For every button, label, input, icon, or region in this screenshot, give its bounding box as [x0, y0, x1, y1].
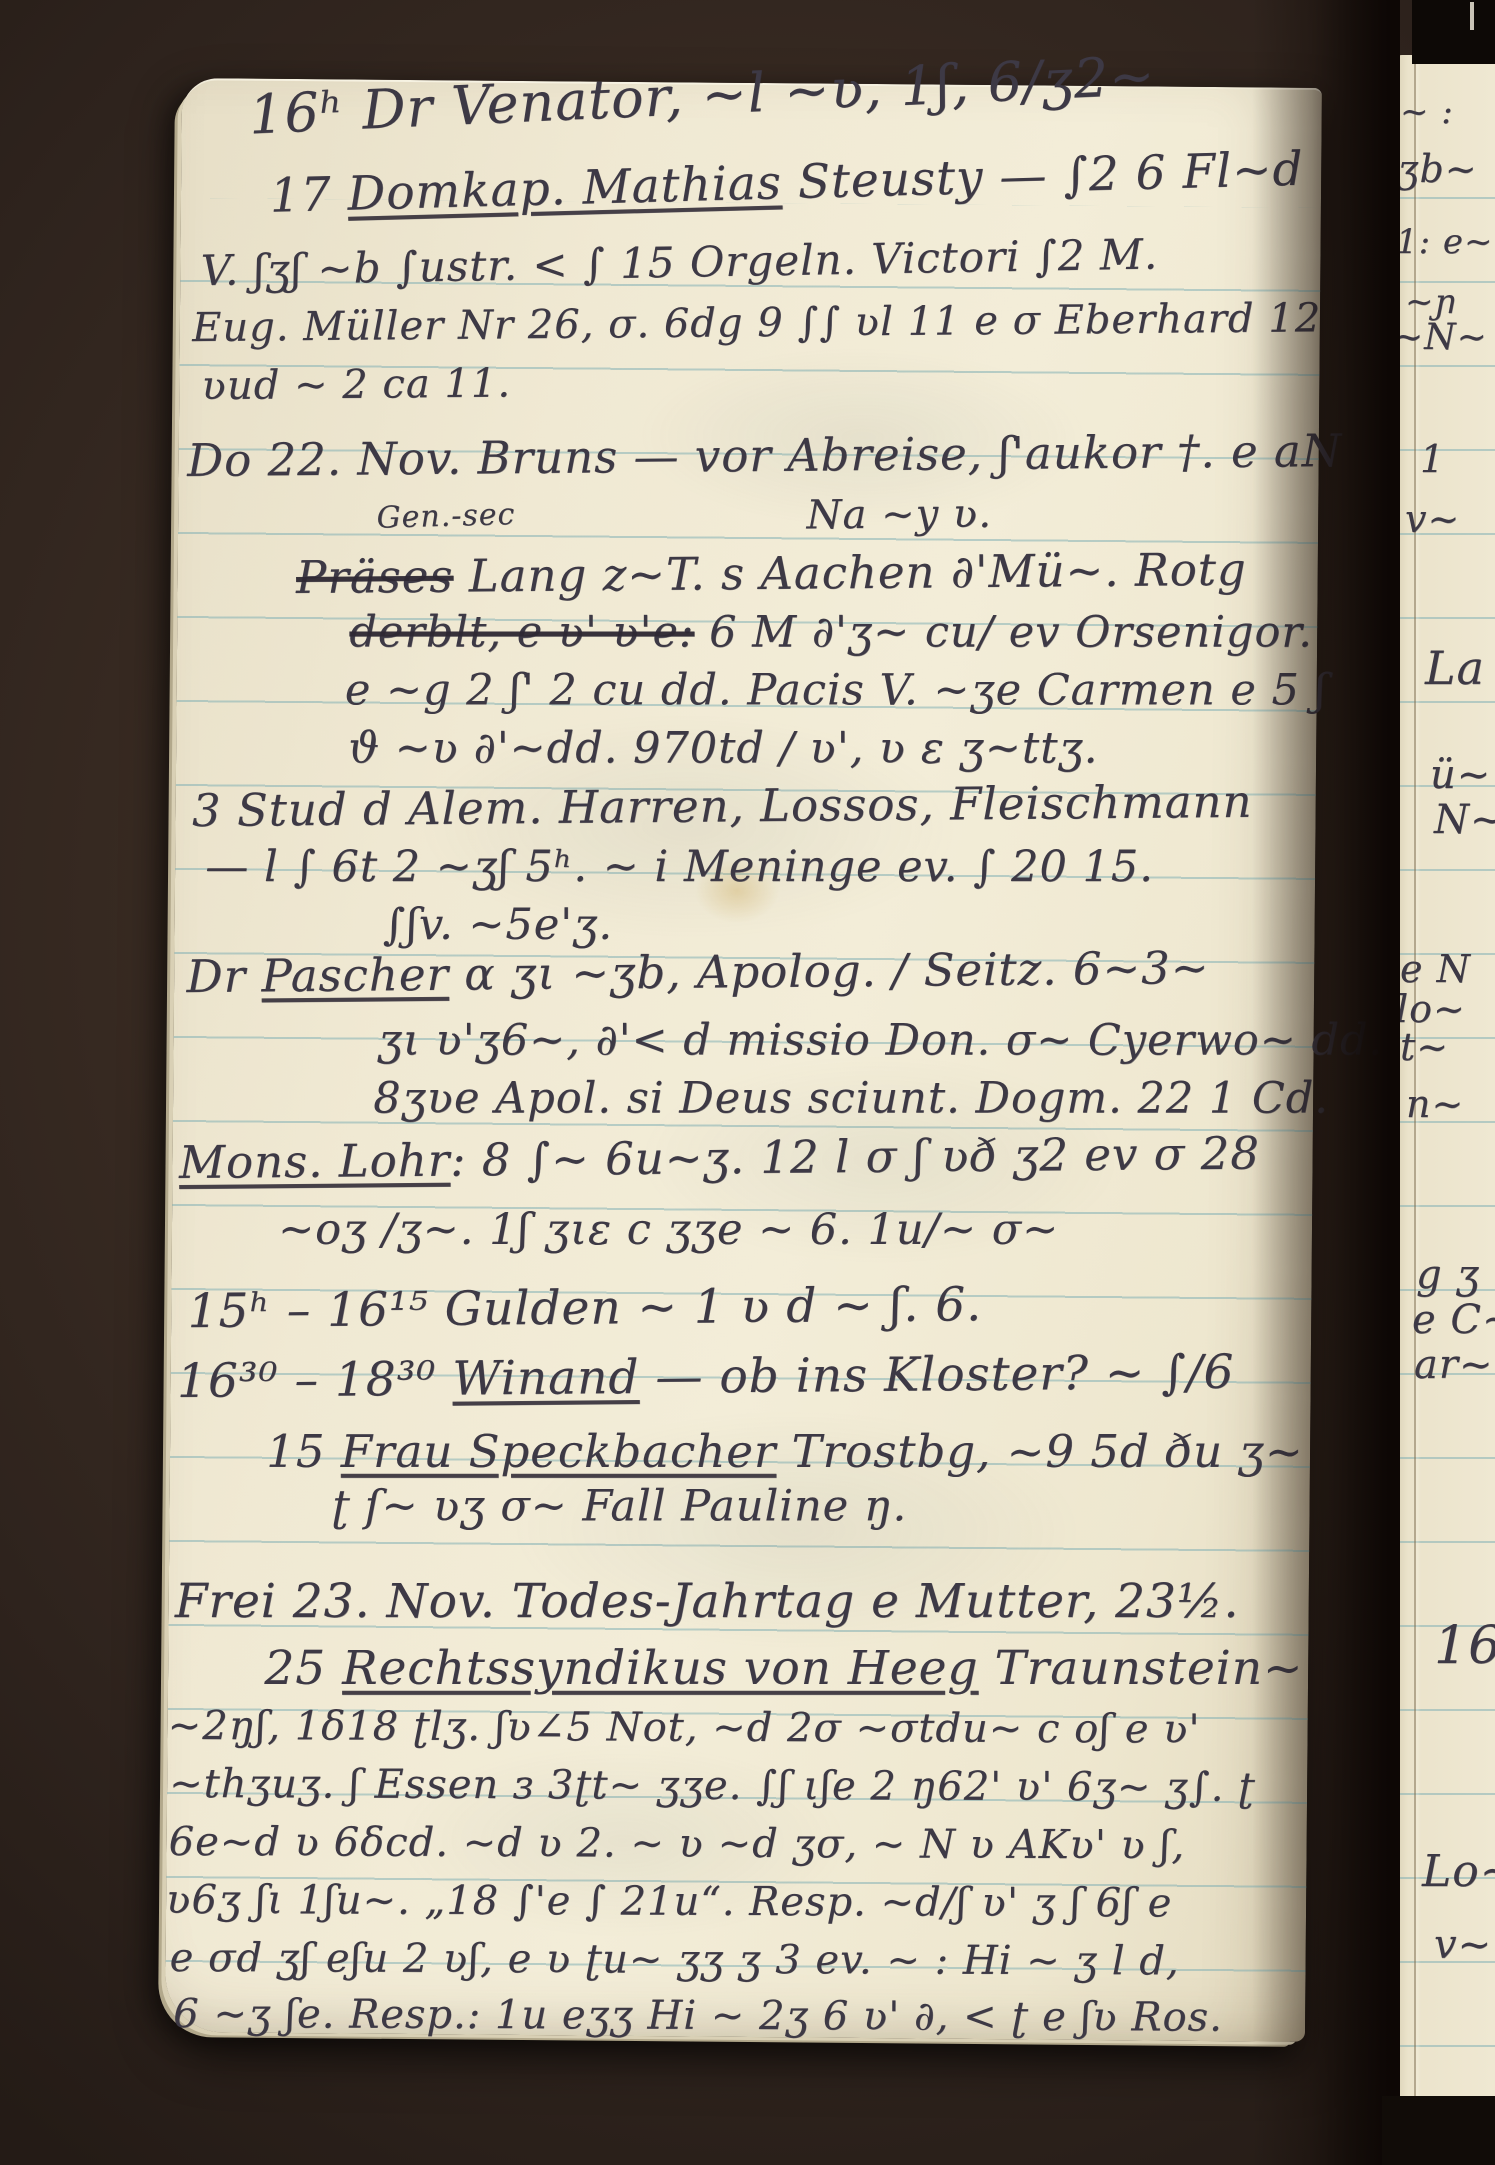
text-run: v~ [1405, 497, 1460, 541]
text-run: 6 M ∂'ʒ~ cu/ ev Orsenigor. [694, 607, 1312, 657]
handwritten-line: derblt, e ʋ' ʋ'e: 6 M ∂'ʒ~ cu/ ev Orseni… [349, 611, 1313, 654]
handwriting-fragment: Lo~ [1422, 1850, 1495, 1894]
handwritten-line: 15 Frau Speckbacher Trostbg, ~9 5d ðu ʒ~ [266, 1429, 1303, 1474]
handwritten-line: ~2ŋʃ, 1δ18 ʈlʒ. ʃʋ∠5 Not, ~d 2σ ~σtdu~ c… [168, 1706, 1201, 1750]
text-run: N~ [1434, 797, 1495, 843]
text-run: 3 Stud d Alem. Harren, Lossos, Fleischma… [192, 775, 1253, 837]
handwritten-line: Eug. Müller Nr 26, σ. 6dg 9 ∫∫ ʋl 11 e σ… [192, 298, 1321, 348]
handwriting-fragment: ü~ [1430, 755, 1491, 795]
text-run: e C~ [1412, 1297, 1495, 1343]
handwriting-fragment: N~ [1434, 800, 1495, 840]
text-run: Frei 23. Nov. Todes-Jahrtag e Mutter, 23… [175, 1574, 1239, 1629]
handwritten-line: Mons. Lohr: 8 ∫~ 6u~ʒ. 12 l σ ʃ ʋð ʒ2 ev… [179, 1131, 1260, 1185]
text-run: t~ [1400, 1025, 1449, 1069]
handwritten-line: ʋ6ʒ ʃι 1ʃu~. „18 ∫'e ∫ 21u“. Resp. ~d/ʃ … [166, 1880, 1172, 1924]
handwritten-line: Dr Pascher α ʒι ~ʒb, Apolog. / Seitz. 6~… [186, 945, 1209, 999]
handwritten-line: 17 Domkap. Mathias Steusty — ∫2 6 Fl~d [269, 146, 1304, 220]
text-run: Na ~y ʋ. [806, 491, 992, 539]
handwritten-line: 6e~d ʋ 6δcd. ~d ʋ 2. ~ ʋ ~d ʒσ, ~ N ʋ AK… [169, 1822, 1186, 1866]
handwritten-line: ʋud ~ 2 ca 11. [201, 363, 511, 406]
text-run: V. ʃʒʃ ~b ∫ustr. < ∫ 15 Orgeln. Victori … [200, 229, 1158, 295]
handwritten-line: e ~g 2 ʃ' 2 cu dd. Pacis V. ~ʒe Carmen e… [345, 669, 1327, 712]
handwritten-line: ~oʒ /ʒ~. 1ʃ ʒιε c ʒʒe ~ 6. 1u/~ σ~ [278, 1209, 1059, 1252]
text-run: g ʒ [1416, 1252, 1480, 1298]
text-run: Eug. Müller Nr 26, σ. 6dg 9 ∫∫ ʋl 11 e σ… [192, 295, 1321, 351]
text-run: ü~ [1430, 752, 1491, 798]
text-run: Trostbg, ~9 5d ðu ʒ~ [776, 1425, 1303, 1478]
text-run: Dr [186, 949, 261, 1003]
handwriting-fragment: ~ : [1400, 95, 1454, 129]
text-run: ~ : [1400, 92, 1454, 132]
handwritten-line: Na ~y ʋ. [806, 494, 992, 536]
handwritten-line: 16³⁰ – 18³⁰ Winand — ob ins Kloster? ~ ∫… [177, 1349, 1235, 1405]
handwritten-line: 15ʰ – 16¹⁵ Gulden ~ 1 ʋ d ~ ʃ. 6. [187, 1281, 982, 1335]
text-run: v~ [1434, 1922, 1492, 1968]
text-run: ar~ [1414, 1342, 1493, 1388]
text-run: 15ʰ – 16¹⁵ Gulden ~ 1 ʋ d ~ ʃ. 6. [187, 1277, 982, 1339]
handwritten-line: Frei 23. Nov. Todes-Jahrtag e Mutter, 23… [175, 1578, 1239, 1625]
text-run: e σd ʒʃ eʃu 2 ʋʃ, e ʋ ʈu~ ʒʒ ʒ 3 ev. ~ :… [170, 1935, 1180, 1985]
text-run: e N [1400, 947, 1471, 991]
text-run: ʋ6ʒ ʃι 1ʃu~. „18 ∫'e ∫ 21u“. Resp. ~d/ʃ … [166, 1877, 1172, 1927]
handwriting-fragment: n~ [1406, 1085, 1464, 1123]
handwriting-fragment: g ʒ [1416, 1255, 1480, 1295]
underlined-text: Frau Speckbacher [341, 1425, 777, 1478]
text-run: ~2ŋʃ, 1δ18 ʈlʒ. ʃʋ∠5 Not, ~d 2σ ~σtdu~ c… [168, 1703, 1201, 1753]
text-run: ʒι ʋ'ʒ6~, ∂'< d missio Don. σ~ Cyerwo~ d… [378, 1016, 1383, 1066]
handwriting-fragment: e C~ [1412, 1300, 1495, 1340]
handwritten-line: 8ʒʋe Apol. si Deus sciunt. Dogm. 22 1 Cd… [373, 1078, 1329, 1121]
handwritten-line: 6 ~ʒ ʃe. Resp.: 1u eʒʒ Hi ~ 2ʒ 6 ʋ' ∂, <… [173, 1994, 1223, 2038]
underlined-text: Domkap. Mathias [347, 155, 783, 221]
handwriting-fragment: ar~ [1414, 1345, 1493, 1385]
struck-through-text: Präses [296, 550, 454, 604]
text-run: 6 ~ʒ ʃe. Resp.: 1u eʒʒ Hi ~ 2ʒ 6 ʋ' ∂, <… [173, 1991, 1223, 2041]
handwriting-fragment: v~ [1405, 500, 1460, 538]
handwritten-line: ʒι ʋ'ʒ6~, ∂'< d missio Don. σ~ Cyerwo~ d… [378, 1020, 1383, 1063]
photo-backdrop: { "palette":{ "backdrop_brown":"#3a2c23"… [0, 0, 1495, 2165]
adjacent-page-edge: ~ :ʒb~1: e~~ɲ~N~1v~Laü~N~e Nlo~t~n~g ʒe … [1388, 55, 1495, 2101]
underlined-text: Mons. Lohr [179, 1134, 451, 1189]
text-run: e ~g 2 ʃ' 2 cu dd. Pacis V. ~ʒe Carmen e… [345, 665, 1327, 715]
book-cover-corner [1382, 2096, 1495, 2165]
handwriting-fragment: La [1425, 645, 1485, 691]
handwritten-line: 16ʰ Dr Venator, ~l ~ʋ, 1ʃ, 6/ʒ2~ [248, 49, 1156, 143]
text-run: ~thʒuʒ. ʃ Essen ɜ 3ʈt~ ʒʒe. ∫ʃ ιʃe 2 ŋ62… [169, 1761, 1255, 1811]
text-run: ʈ ſ~ ʋʒ σ~ Fall Pauline ŋ. [332, 1481, 907, 1531]
text-run: — l ∫ 6t 2 ~ʒʃ 5ʰ. ~ i Meninge ev. ∫ 20 … [205, 842, 1154, 892]
text-run: — ob ins Kloster? ~ ∫/6 [639, 1345, 1234, 1405]
text-run: 17 [269, 167, 348, 224]
text-run: ~N~ [1393, 317, 1488, 358]
text-run: La [1425, 641, 1485, 695]
handwriting-fragment: 1: e~ [1396, 225, 1494, 259]
handwriting-fragment: v~ [1434, 1925, 1492, 1965]
handwritten-line: 3 Stud d Alem. Harren, Lossos, Fleischma… [192, 779, 1253, 833]
text-run: 6e~d ʋ 6δcd. ~d ʋ 2. ~ ʋ ~d ʒσ, ~ N ʋ AK… [169, 1819, 1186, 1869]
handwritten-line: ~thʒuʒ. ʃ Essen ɜ 3ʈt~ ʒʒe. ∫ʃ ιʃe 2 ŋ62… [169, 1764, 1255, 1808]
handwriting-fragment: ~N~ [1393, 320, 1488, 356]
text-run: ∫ʃv. ~5e'ʒ. [383, 900, 613, 950]
handwriting-fragment: lo~ [1396, 990, 1466, 1028]
underlined-text: Rechtssyndikus von Heeg [342, 1641, 978, 1696]
handwritten-line: e σd ʒʃ eʃu 2 ʋʃ, e ʋ ʈu~ ʒʒ ʒ 3 ev. ~ :… [170, 1938, 1180, 1982]
handwritten-line: ϑ ~ʋ ∂'~dd. 970td / ʋ', ʋ ε ʒ~ttʒ. [348, 727, 1098, 770]
text-run: n~ [1406, 1082, 1464, 1126]
text-run: Lo~ [1422, 1846, 1495, 1897]
handwriting-fragment: t~ [1400, 1028, 1449, 1066]
text-run: Steusty — ∫2 6 Fl~d [781, 142, 1304, 211]
handwriting-fragment: 16 [1434, 1620, 1495, 1672]
struck-through-text: derblt, e ʋ' ʋ'e: [349, 607, 694, 657]
handwritten-line: Do 22. Nov. Bruns — vor Abreise, ʃ'aukor… [187, 428, 1342, 483]
text-run: Lang z~T. s Aachen ∂'Mü~. Rotg [453, 543, 1247, 603]
handwritten-line: — l ∫ 6t 2 ~ʒʃ 5ʰ. ~ i Meninge ev. ∫ 20 … [205, 846, 1154, 889]
text-run: 25 [264, 1641, 342, 1696]
text-run: 8ʒʋe Apol. si Deus sciunt. Dogm. 22 1 Cd… [373, 1074, 1329, 1124]
underlined-text: Winand [452, 1350, 640, 1407]
text-run: : 8 ∫~ 6u~ʒ. 12 l σ ʃ ʋð ʒ2 ev σ 28 [450, 1127, 1260, 1187]
handwriting-fragment: e N [1400, 950, 1471, 988]
text-run: 1 [1420, 437, 1445, 481]
text-run: 1: e~ [1396, 222, 1494, 262]
handwritten-line: 25 Rechtssyndikus von Heeg Traunstein~ [264, 1645, 1303, 1692]
text-run: 15 [266, 1425, 341, 1478]
text-run: Gen.-sec [376, 497, 516, 536]
text-run: ʒb~ [1397, 147, 1478, 191]
handwriting-fragment-layer: ~ :ʒb~1: e~~ɲ~N~1v~Laü~N~e Nlo~t~n~g ʒe … [1388, 55, 1495, 2101]
cover-edge-highlight [1470, 2, 1474, 30]
underlined-text: Pascher [261, 948, 449, 1003]
text-run: α ʒι ~ʒb, Apolog. / Seitz. 6~3~ [449, 941, 1210, 1001]
text-run: ~ɲ [1405, 282, 1457, 322]
text-run: 16 [1434, 1616, 1495, 1676]
text-run: Traunstein~ [979, 1641, 1304, 1696]
notebook-page: 16ʰ Dr Venator, ~l ~ʋ, 1ʃ, 6/ʒ2~17 Domka… [165, 78, 1322, 2042]
handwriting-fragment: 1 [1420, 440, 1445, 478]
text-run: ʋud ~ 2 ca 11. [201, 360, 511, 409]
handwritten-line: ∫ʃv. ~5e'ʒ. [383, 904, 613, 947]
text-run: 16³⁰ – 18³⁰ [177, 1352, 453, 1409]
text-run: ~oʒ /ʒ~. 1ʃ ʒιε c ʒʒe ~ 6. 1u/~ σ~ [278, 1205, 1059, 1255]
handwritten-line: Präses Lang z~T. s Aachen ∂'Mü~. Rotg [296, 547, 1247, 600]
handwriting-layer: 16ʰ Dr Venator, ~l ~ʋ, 1ʃ, 6/ʒ2~17 Domka… [165, 80, 1322, 2042]
text-run: ϑ ~ʋ ∂'~dd. 970td / ʋ', ʋ ε ʒ~ttʒ. [348, 723, 1098, 773]
handwritten-line: ʈ ſ~ ʋʒ σ~ Fall Pauline ŋ. [332, 1485, 907, 1528]
book-cover-corner [1412, 0, 1495, 64]
text-run: Do 22. Nov. Bruns — vor Abreise, ʃ'aukor… [187, 424, 1342, 487]
handwritten-line: Gen.-sec [376, 500, 515, 534]
handwriting-fragment: ʒb~ [1397, 150, 1478, 188]
handwriting-fragment: ~ɲ [1405, 285, 1457, 319]
handwritten-line: V. ʃʒʃ ~b ∫ustr. < ∫ 15 Orgeln. Victori … [200, 233, 1158, 292]
text-run: 16ʰ Dr Venator, ~l ~ʋ, 1ʃ, 6/ʒ2~ [248, 44, 1157, 147]
